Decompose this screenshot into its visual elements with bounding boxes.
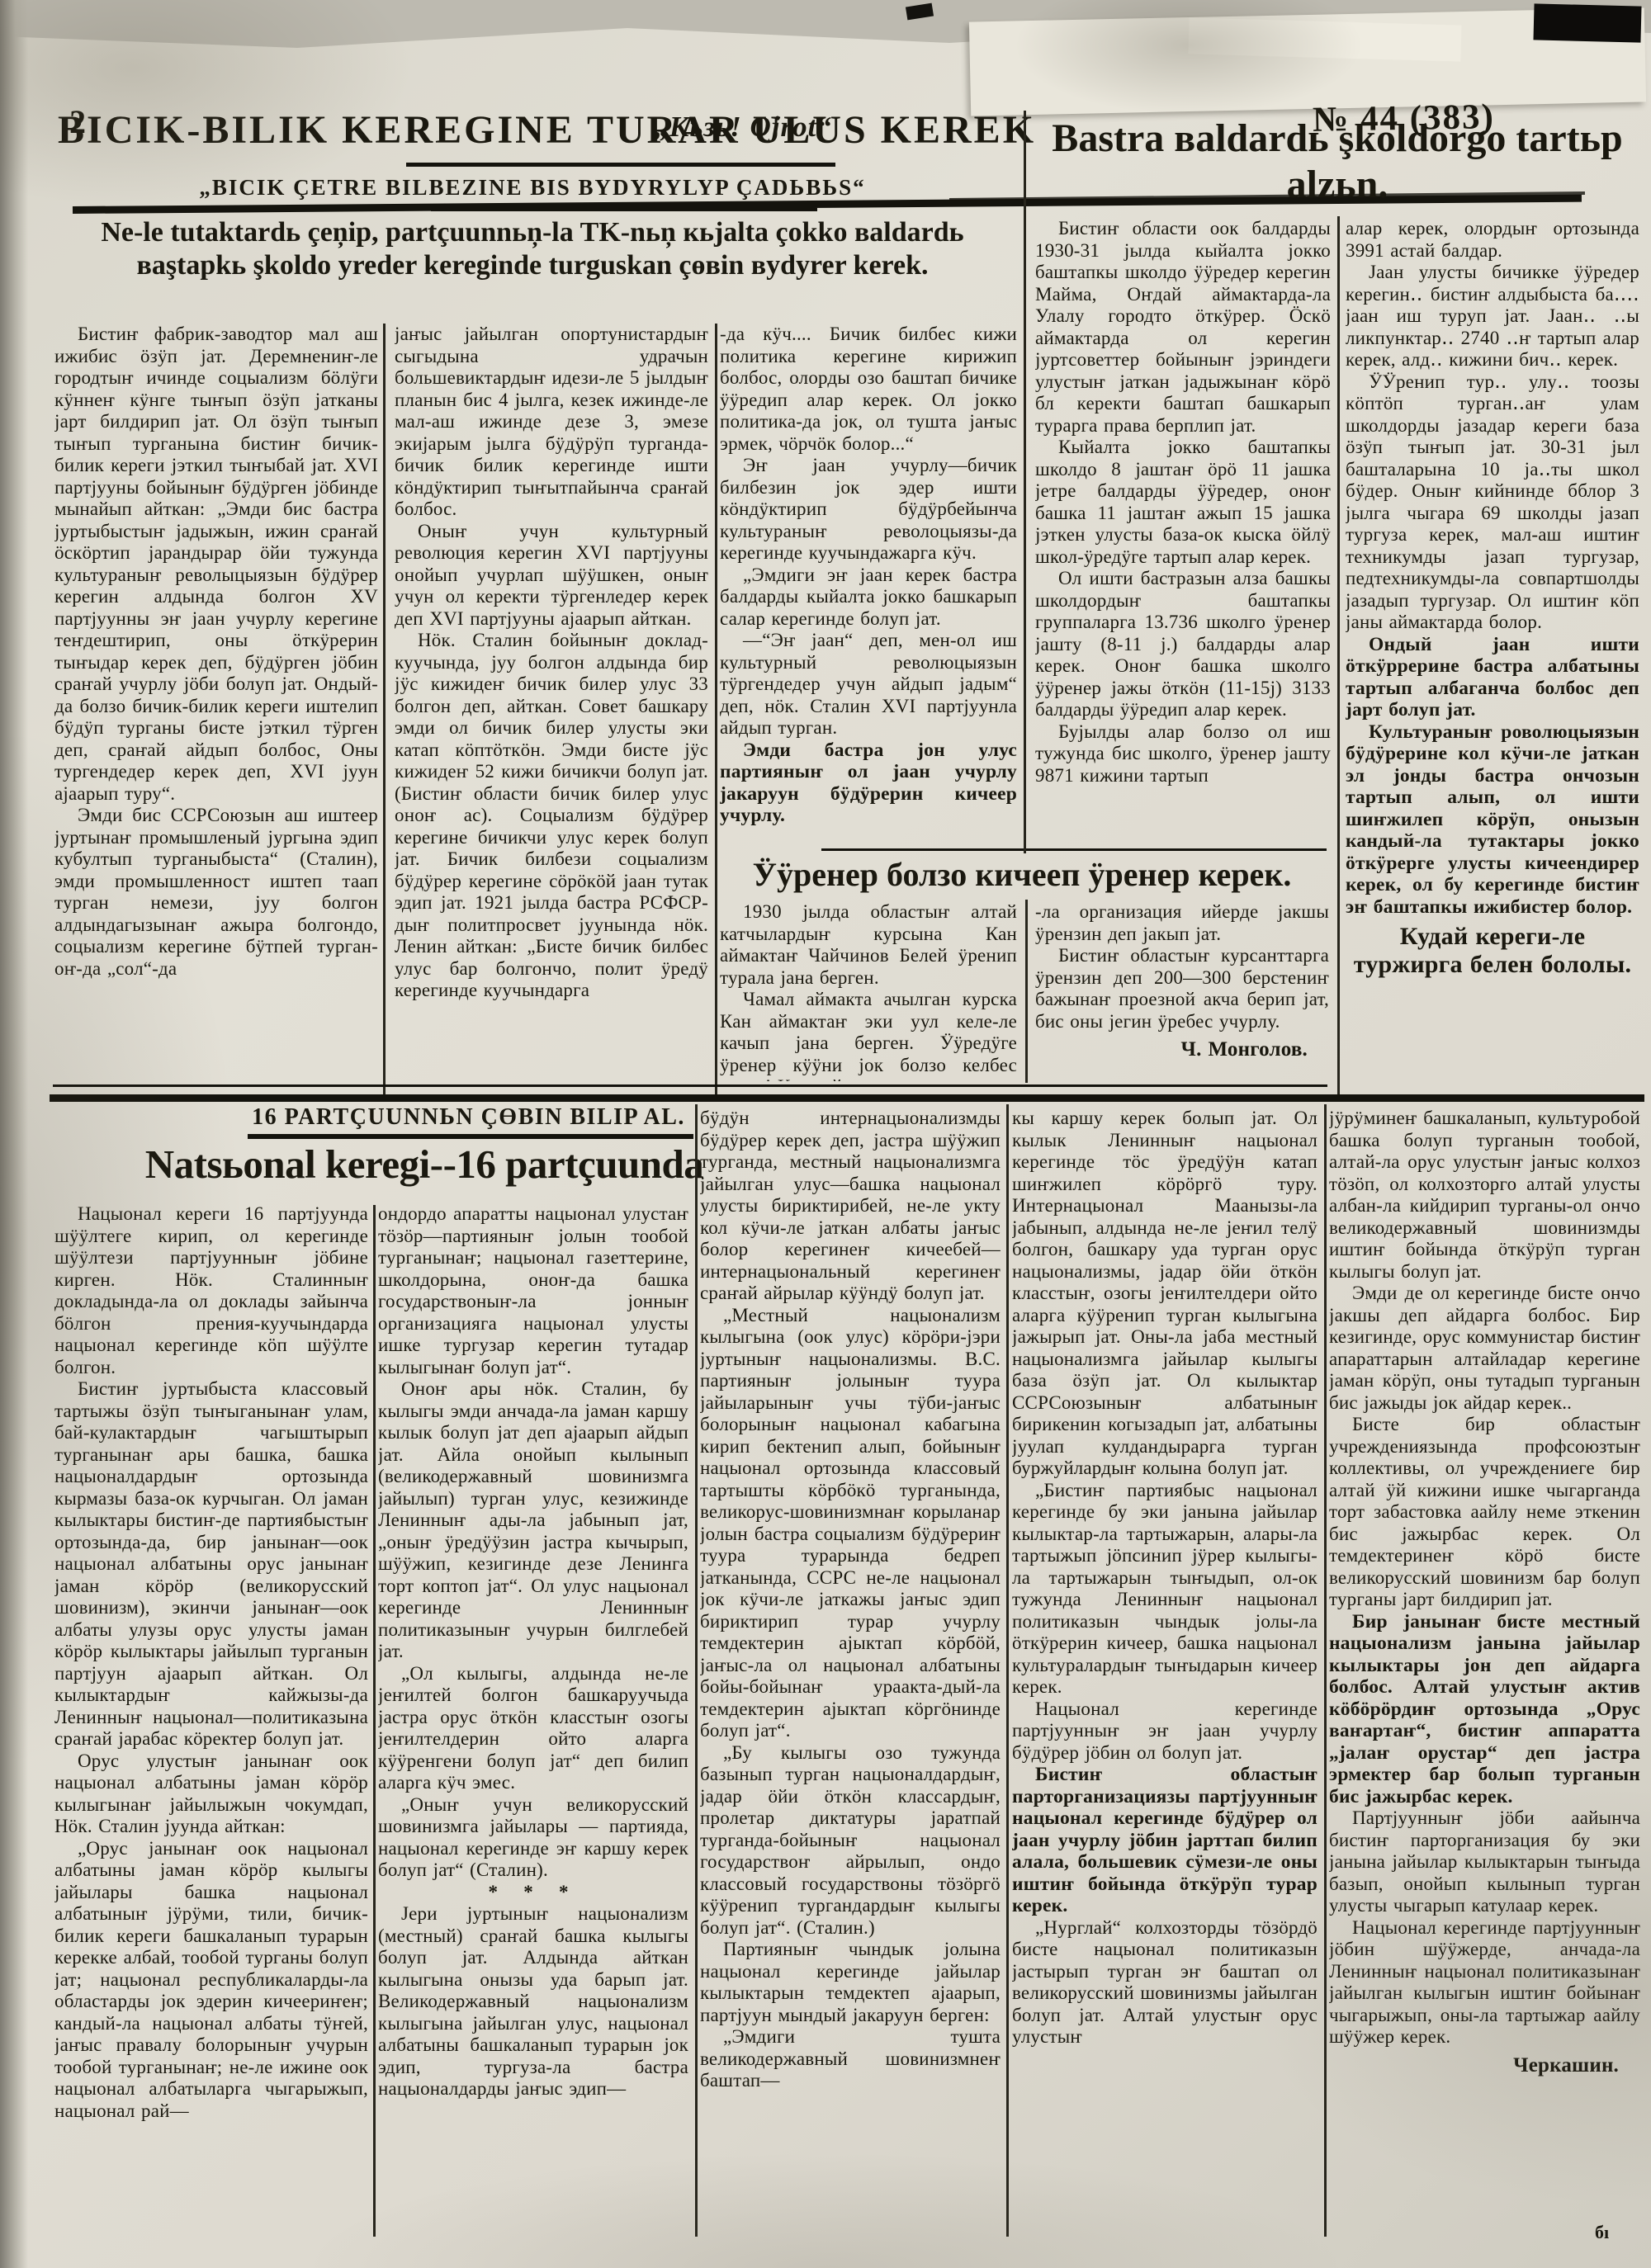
article2-headline: Bastra вaldardь şkoldorgo tartьp alzьn. <box>1034 116 1641 208</box>
article3-column-1: 1930 јылда областыҥ алтай катчылардыҥ ку… <box>720 901 1017 1081</box>
column-rule <box>373 1205 376 2237</box>
section-thin-rule <box>53 1084 1327 1087</box>
paper-scrap-small <box>1188 17 1461 61</box>
article1-subtitle: „BICIK ÇETRE BILBEZINE BIS BYDYRYLYP ÇAD… <box>58 175 1007 201</box>
article1-headline: BICIK-BILIK KEREGINE TURAR ULUS KEREK <box>58 107 1007 153</box>
article1-column-2: јаҥыс јайылган опортунистардыҥ сыгыдына … <box>395 324 708 1096</box>
article3-column-2: -ла организация ийерде јакшы ӱрензин деп… <box>1035 901 1329 1083</box>
article3-top-rule <box>821 848 1327 851</box>
printers-mark: бı <box>1595 2222 1609 2243</box>
article1-column-3: -да кӱч.... Бичик билбес кижи политика к… <box>720 324 1017 853</box>
section-kicker: 16 PARTÇUUNNЬN ÇӨBIN BILIP AL. <box>244 1104 693 1131</box>
section-column-5: јӱрӱминеҥ башкаланып, культуробой башка … <box>1329 1108 1640 2237</box>
section-column-1: Нацыонал кереги 16 партјуунда шӱӱлтеге к… <box>54 1203 368 2237</box>
corner-ink-mark <box>1533 3 1641 42</box>
column-rule <box>1324 1104 1327 2237</box>
spine-shadow <box>0 0 28 2268</box>
article2-column-1: Бистиҥ области оок балдарды 1930-31 јылд… <box>1035 218 1331 852</box>
column-rule <box>695 1104 698 2237</box>
article1-column-1: Бистиҥ фабрик-заводтор мал аш ижибис öзӱ… <box>54 324 378 1096</box>
subtitle-underline <box>431 208 817 211</box>
newspaper-page: 2 „Кьзь! Ojrot“ № 44 (383) BICIK-BILIK K… <box>0 0 1651 2268</box>
kicker-underline <box>248 1134 693 1139</box>
section-headline: Natsьonal keregi--16 partçuunda <box>64 1141 784 1188</box>
column-rule <box>1337 216 1340 1094</box>
column-rule <box>1006 1104 1009 2237</box>
article-divider <box>1025 900 1028 1083</box>
headline-underline <box>406 163 835 167</box>
section-column-2: ондордо апаратты нацыонал улустаҥ тöзöр—… <box>378 1203 688 2237</box>
article1-deck: Ne-le tutaktardь çeņip, partçuunnьņ-la T… <box>83 216 982 282</box>
section-column-4: кы каршу керек болып јат. Ол кылык Ленин… <box>1012 1108 1317 2237</box>
section-column-3: бӱдӱн интернацыонализмды бӱдӱрер керек д… <box>700 1108 1001 2237</box>
article2-column-2: алар керек, олордыҥ ортозында 3991 астай… <box>1346 218 1639 1094</box>
column-rule <box>715 324 717 1096</box>
section-rule <box>50 1094 1644 1102</box>
article-divider <box>1024 111 1026 853</box>
article3-headline: Ӱӱренер болзо кичееп ӱренер керек. <box>737 855 1307 894</box>
column-rule <box>383 324 386 1096</box>
